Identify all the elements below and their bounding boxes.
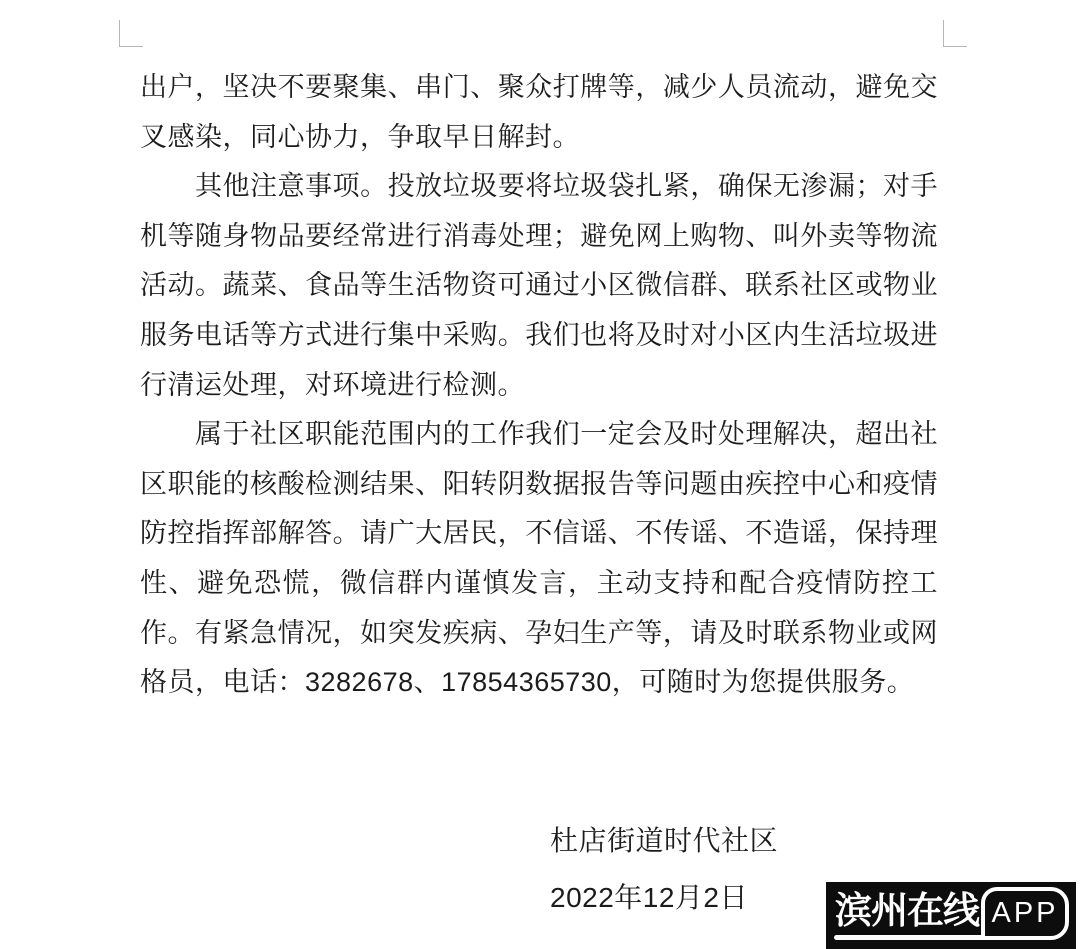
margin-corner-mark-right <box>943 20 967 47</box>
text-line: 区职能的核酸检测结果、阳转阴数据报告等问题由疾控中心和疫情 <box>140 460 938 510</box>
text-line: 格员，电话：3282678、17854365730，可随时为您提供服务。 <box>140 658 938 708</box>
document-page: 出户，坚决不要聚集、串门、聚众打牌等，减少人员流动，避免交 叉感染，同心协力，争… <box>0 0 1080 949</box>
watermark-app-label: APP <box>991 897 1058 930</box>
text-line: 出户，坚决不要聚集、串门、聚众打牌等，减少人员流动，避免交 <box>140 63 938 113</box>
signature-organization: 杜店街道时代社区 <box>550 812 778 869</box>
text-line: 其他注意事项。投放垃圾要将垃圾袋扎紧，确保无渗漏；对手 <box>140 162 938 212</box>
margin-corner-mark-left <box>119 20 143 47</box>
binzhou-online-watermark: 滨州在线 APP <box>826 882 1076 949</box>
text-line: 作。有紧急情况，如突发疾病、孕妇生产等，请及时联系物业或网 <box>140 609 938 659</box>
text-line: 叉感染，同心协力，争取早日解封。 <box>140 113 938 163</box>
signature-date: 2022年12月2日 <box>550 869 778 926</box>
watermark-app-badge: APP <box>981 887 1069 940</box>
text-line: 防控指挥部解答。请广大居民，不信谣、不传谣、不造谣，保持理 <box>140 509 938 559</box>
text-line: 属于社区职能范围内的工作我们一定会及时处理解决，超出社 <box>140 410 938 460</box>
watermark-underline <box>834 935 989 940</box>
text-line: 机等随身物品要经常进行消毒处理；避免网上购物、叫外卖等物流 <box>140 212 938 262</box>
text-line: 活动。蔬菜、食品等生活物资可通过小区微信群、联系社区或物业 <box>140 261 938 311</box>
signature-block: 杜店街道时代社区 2022年12月2日 <box>550 812 778 926</box>
text-line: 性、避免恐慌，微信群内谨慎发言，主动支持和配合疫情防控工 <box>140 559 938 609</box>
text-line: 行清运处理，对环境进行检测。 <box>140 361 938 411</box>
text-line: 服务电话等方式进行集中采购。我们也将及时对小区内生活垃圾进 <box>140 311 938 361</box>
notice-body: 出户，坚决不要聚集、串门、聚众打牌等，减少人员流动，避免交 叉感染，同心协力，争… <box>140 63 938 708</box>
watermark-site-name: 滨州在线 <box>835 888 979 934</box>
